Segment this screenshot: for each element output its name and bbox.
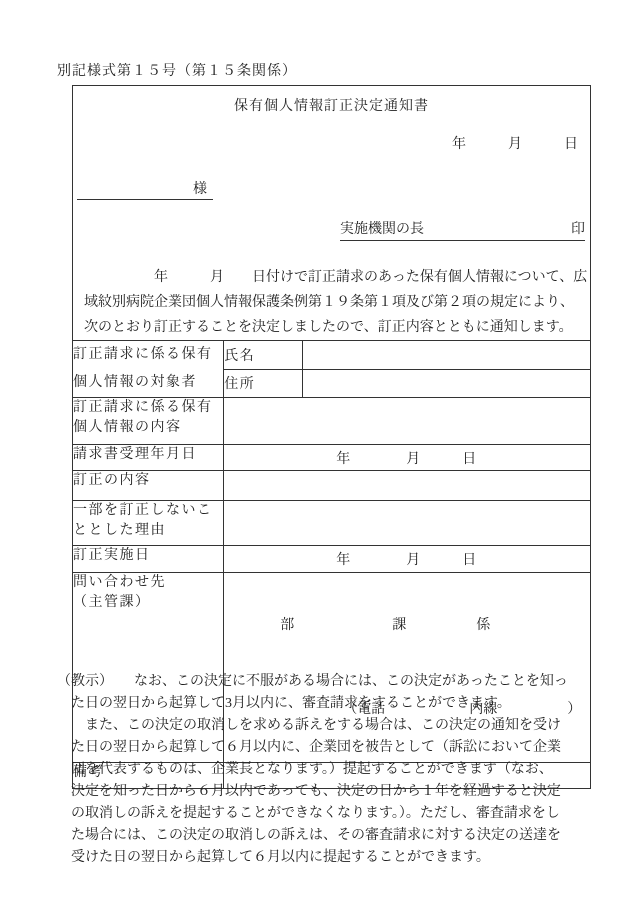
notice-section: （教示） なお、この決定に不服がある場合には、この決定があったことを知っ た日の… xyxy=(57,671,597,869)
table-row: 一部を訂正しないこ ととした理由 xyxy=(73,501,591,546)
implementation-date-value-cell: 年 月 日 xyxy=(224,546,591,573)
contact-line-1: 部 課 係 xyxy=(224,615,590,636)
implementation-date-label-cell: 訂正実施日 xyxy=(73,546,224,573)
subject-label-cell: 訂正請求に係る保有 個人情報の対象者 xyxy=(73,341,224,398)
table-row: 訂正実施日 年 月 日 xyxy=(73,546,591,573)
notice-line: た日の翌日から起算して3月以内に、審査請求をすることができます。 xyxy=(57,693,597,715)
body-paragraph-line: 年 月 日付けで訂正請求のあった保有個人情報について、広 xyxy=(84,265,586,290)
notice-line: また、この決定の取消しを求める訴えをする場合は、この決定の通知を受け xyxy=(57,715,597,737)
issuer-label: 実施機関の長 xyxy=(340,222,424,237)
notice-line: 決定を知った日から６月以内であっても、決定の日から１年を経過すると決定 xyxy=(57,781,597,803)
notice-line: （教示） なお、この決定に不服がある場合には、この決定があったことを知っ xyxy=(57,671,597,693)
issue-date-line: 年 月 日 xyxy=(452,133,578,153)
table-row: 訂正請求に係る保有 個人情報の対象者 氏名 xyxy=(73,341,591,370)
partial-reason-value-cell xyxy=(224,501,591,546)
body-paragraph-line: 域紋別病院企業団個人情報保護条例第１９条第１項及び第２項の規定により、 xyxy=(84,290,586,315)
table-row: 訂正請求に係る保有 個人情報の内容 xyxy=(73,398,591,445)
address-value-cell xyxy=(303,369,591,398)
form-number: 別記様式第１５号（第１５条関係） xyxy=(57,60,297,80)
address-label-cell: 住所 xyxy=(224,369,303,398)
addressee-line: 様 xyxy=(77,182,213,200)
notice-line: 受けた日の翌日から起算して６月以内に提起することができます。 xyxy=(57,847,597,869)
name-value-cell xyxy=(303,341,591,370)
document-page: { "doc": { "form_number": "別記様式第１５号（第１５条… xyxy=(0,0,630,915)
content-value-cell xyxy=(224,398,591,445)
body-paragraph: 年 月 日付けで訂正請求のあった保有個人情報について、広 域紋別病院企業団個人情… xyxy=(84,265,586,340)
seal-label: 印 xyxy=(571,222,585,237)
notice-line: た日の翌日から起算して６月以内に、企業団を被告として（訴訟において企業 xyxy=(57,737,597,759)
content-label-cell: 訂正請求に係る保有 個人情報の内容 xyxy=(73,398,224,445)
receipt-date-value-cell: 年 月 日 xyxy=(224,445,591,471)
body-paragraph-line: 次のとおり訂正することを決定しましたので、訂正内容とともに通知します。 xyxy=(84,315,586,340)
addressee-honorific: 様 xyxy=(193,182,207,197)
correction-value-cell xyxy=(224,471,591,501)
partial-reason-label-cell: 一部を訂正しないこ ととした理由 xyxy=(73,501,224,546)
receipt-date-label-cell: 請求書受理年月日 xyxy=(73,445,224,471)
notice-line: の取消しの訴えを提起することができなくなります。）。ただし、審査請求をし xyxy=(57,803,597,825)
form-header-section: 保有個人情報訂正決定通知書 年 月 日 様 実施機関の長 印 年 月 日付けで訂… xyxy=(73,86,590,340)
table-row: 請求書受理年月日 年 月 日 xyxy=(73,445,591,471)
table-row: 訂正の内容 xyxy=(73,471,591,501)
page-title: 保有個人情報訂正決定通知書 xyxy=(73,95,590,115)
notice-line: た場合には、この決定の取消しの訴えは、その審査請求に対する決定の送達を xyxy=(57,825,597,847)
name-label-cell: 氏名 xyxy=(224,341,303,370)
issuer-line: 実施機関の長 印 xyxy=(340,222,585,241)
correction-label-cell: 訂正の内容 xyxy=(73,471,224,501)
notice-line: 団を代表するものは、企業長となります。）提起することができます（なお、 xyxy=(57,759,597,781)
